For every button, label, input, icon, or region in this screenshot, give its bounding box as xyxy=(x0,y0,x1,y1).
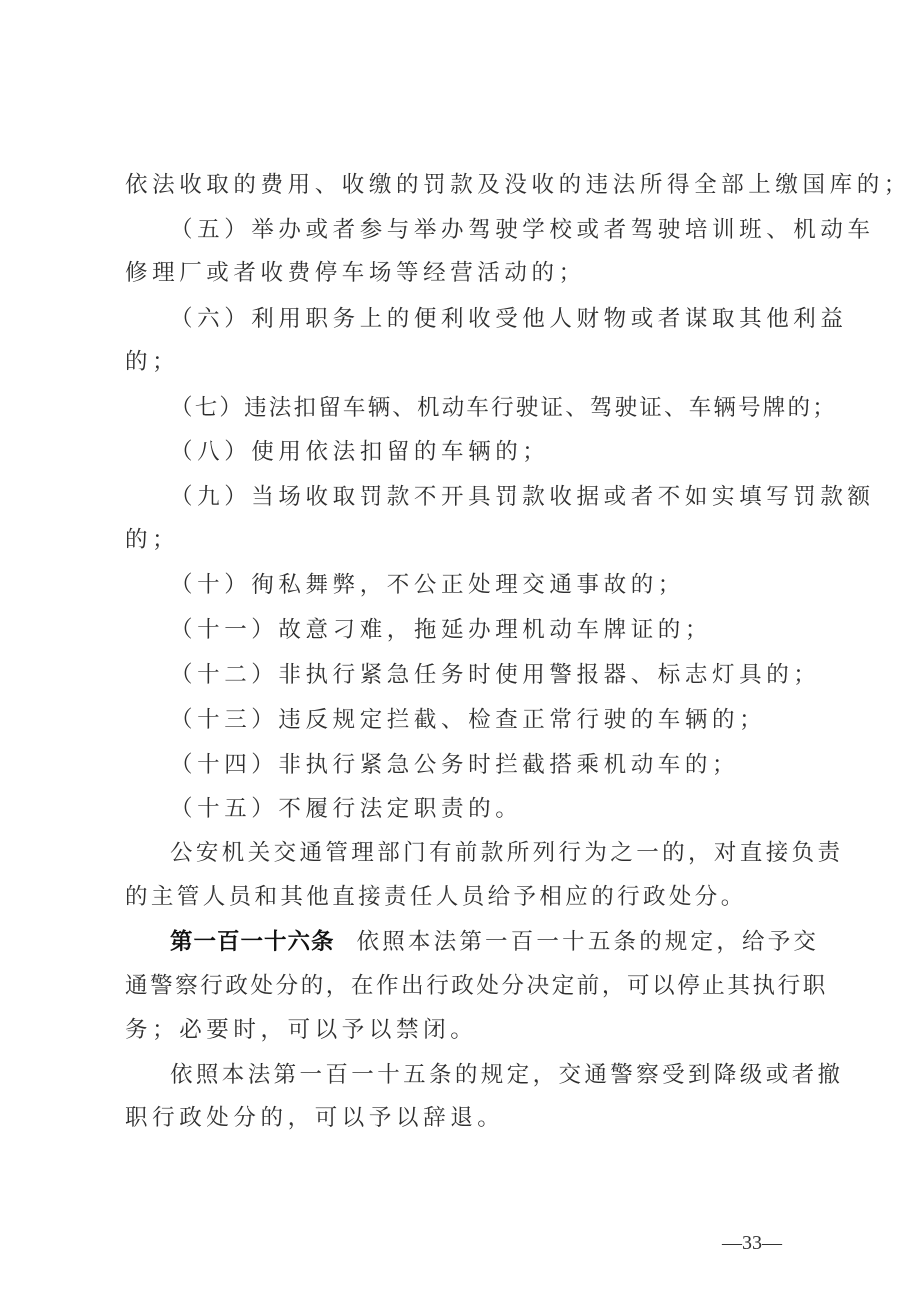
list-item-8: （八）使用依法扣留的车辆的； xyxy=(170,437,860,467)
list-item-5: （五）举办或者参与举办驾驶学校或者驾驶培训班、机动车 xyxy=(170,215,860,245)
text-line-3: 修理厂或者收费停车场等经营活动的； xyxy=(125,258,815,288)
text-line-20: 务；必要时，可以予以禁闭。 xyxy=(125,1015,815,1045)
list-item-7: （七）违法扣留车辆、机动车行驶证、驾驶证、车辆号牌的； xyxy=(170,393,860,423)
text-line-22: 职行政处分的，可以予以辞退。 xyxy=(125,1103,815,1133)
page-number: —33— xyxy=(722,1232,782,1255)
text-line-9: 的； xyxy=(125,525,815,555)
list-item-15: （十五）不履行法定职责的。 xyxy=(170,794,860,824)
list-item-14: （十四）非执行紧急公务时拦截搭乘机动车的； xyxy=(170,750,860,780)
list-item-11: （十一）故意刁难，拖延办理机动车牌证的； xyxy=(170,615,860,645)
article-116-line: 第一百一十六条依照本法第一百一十五条的规定，给予交 xyxy=(170,927,860,957)
text-line-1: 依法收取的费用、收缴的罚款及没收的违法所得全部上缴国库的； xyxy=(125,170,815,200)
list-item-6: （六）利用职务上的便利收受他人财物或者谋取其他利益 xyxy=(170,304,860,334)
paragraph-line-21: 依照本法第一百一十五条的规定，交通警察受到降级或者撤 xyxy=(170,1060,860,1090)
paragraph-line-17: 的主管人员和其他直接责任人员给予相应的行政处分。 xyxy=(125,882,815,912)
text-line-5: 的； xyxy=(125,347,815,377)
text-line-19: 通警察行政处分的，在作出行政处分决定前，可以停止其执行职 xyxy=(125,971,815,1001)
article-text: 依照本法第一百一十五条的规定，给予交 xyxy=(357,929,820,955)
list-item-9: （九）当场收取罚款不开具罚款收据或者不如实填写罚款额 xyxy=(170,482,860,512)
document-page: 依法收取的费用、收缴的罚款及没收的违法所得全部上缴国库的； （五）举办或者参与举… xyxy=(0,0,920,1301)
paragraph-line-16: 公安机关交通管理部门有前款所列行为之一的，对直接负责 xyxy=(170,838,860,868)
list-item-13: （十三）违反规定拦截、检查正常行驶的车辆的； xyxy=(170,705,860,735)
list-item-12: （十二）非执行紧急任务时使用警报器、标志灯具的； xyxy=(170,660,860,690)
article-title: 第一百一十六条 xyxy=(170,929,335,955)
list-item-10: （十）徇私舞弊，不公正处理交通事故的； xyxy=(170,570,860,600)
